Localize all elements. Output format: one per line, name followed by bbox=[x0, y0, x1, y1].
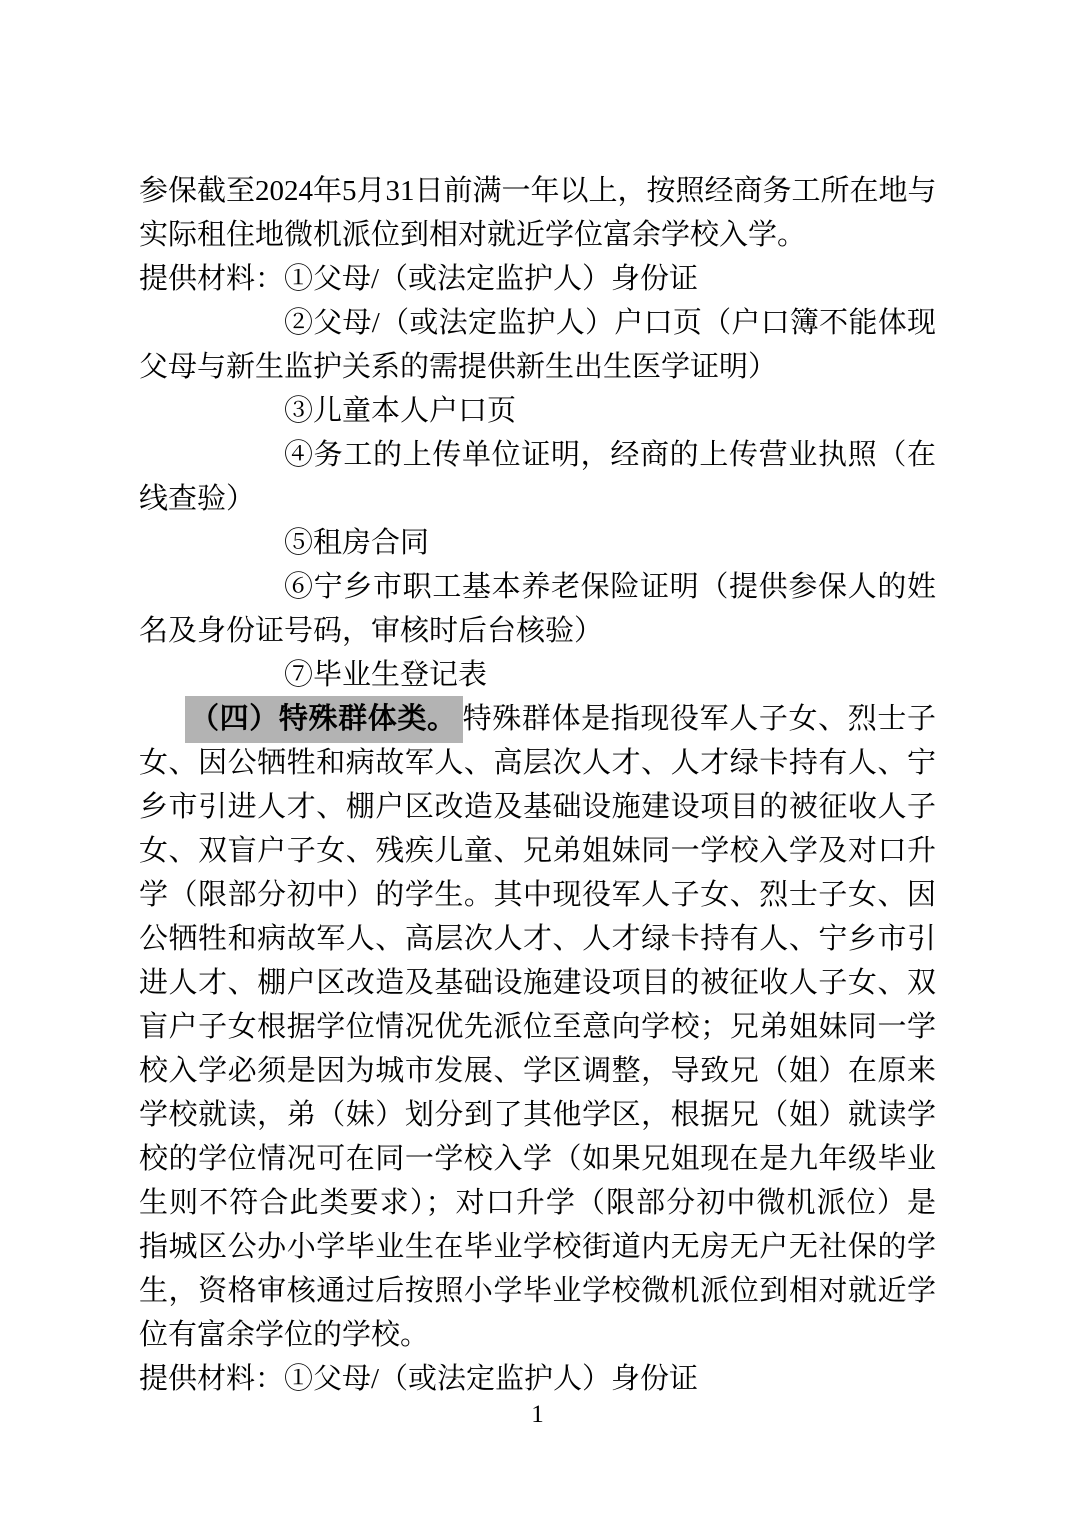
text-run: 学（限部分初中）的学生。其中现役军人子女、烈士子女、因 bbox=[139, 879, 936, 911]
text-run: 盲户子女根据学位情况优先派位至意向学校；兄弟姐妹同一学 bbox=[139, 1011, 936, 1043]
document-line: 名及身份证号码，审核时后台核验） bbox=[139, 609, 936, 653]
document-line: 位有富余学位的学校。 bbox=[139, 1313, 936, 1357]
text-run: 校的学位情况可在同一学校入学（如果兄姐现在是九年级毕业 bbox=[139, 1143, 936, 1175]
text-run: 指城区公办小学毕业生在毕业学校街道内无房无户无社保的学 bbox=[139, 1231, 936, 1263]
document-line: 提供材料：①父母/（或法定监护人）身份证 bbox=[139, 257, 936, 301]
document-line: （四）特殊群体类。特殊群体是指现役军人子女、烈士子 bbox=[139, 697, 936, 741]
text-run: 进人才、棚户区改造及基础设施建设项目的被征收人子女、双 bbox=[139, 967, 936, 999]
text-run: 公牺牲和病故军人、高层次人才、人才绿卡持有人、宁乡市引 bbox=[139, 923, 936, 955]
text-run: 校入学必须是因为城市发展、学区调整，导致兄（姐）在原来 bbox=[139, 1055, 936, 1087]
text-run: ⑤租房合同 bbox=[284, 527, 429, 559]
text-run: 特殊群体是指现役军人子女、烈士子 bbox=[463, 703, 936, 735]
text-run: 提供材料：①父母/（或法定监护人）身份证 bbox=[139, 263, 698, 295]
document-line: 公牺牲和病故军人、高层次人才、人才绿卡持有人、宁乡市引 bbox=[139, 917, 936, 961]
document-line: 提供材料：①父母/（或法定监护人）身份证 bbox=[139, 1357, 936, 1401]
text-run: 实际租住地微机派位到相对就近学位富余学校入学。 bbox=[139, 219, 806, 251]
document-line: ④务工的上传单位证明，经商的上传营业执照（在 bbox=[139, 433, 936, 477]
document-body: 参保截至2024年5月31日前满一年以上，按照经商务工所在地与实际租住地微机派位… bbox=[139, 169, 936, 1401]
document-line: 女、双盲户子女、残疾儿童、兄弟姐妹同一学校入学及对口升 bbox=[139, 829, 936, 873]
text-run: 女、双盲户子女、残疾儿童、兄弟姐妹同一学校入学及对口升 bbox=[139, 835, 936, 867]
document-line: 线查验） bbox=[139, 477, 936, 521]
document-line: 校的学位情况可在同一学校入学（如果兄姐现在是九年级毕业 bbox=[139, 1137, 936, 1181]
text-run: 参保截至2024年5月31日前满一年以上，按照经商务工所在地与 bbox=[139, 175, 937, 207]
document-line: 乡市引进人才、棚户区改造及基础设施建设项目的被征收人子 bbox=[139, 785, 936, 829]
document-line: 盲户子女根据学位情况优先派位至意向学校；兄弟姐妹同一学 bbox=[139, 1005, 936, 1049]
document-line: 父母与新生监护关系的需提供新生出生医学证明） bbox=[139, 345, 936, 389]
text-run: ⑦毕业生登记表 bbox=[284, 659, 487, 691]
document-line: ⑤租房合同 bbox=[139, 521, 936, 565]
text-run: ②父母/（或法定监护人）户口页（户口簿不能体现 bbox=[284, 307, 936, 339]
document-line: 生则不符合此类要求）；对口升学（限部分初中微机派位）是 bbox=[139, 1181, 936, 1225]
page-number: 1 bbox=[0, 1398, 1075, 1432]
document-line: 参保截至2024年5月31日前满一年以上，按照经商务工所在地与 bbox=[139, 169, 936, 213]
text-run: ⑥宁乡市职工基本养老保险证明（提供参保人的姓 bbox=[284, 571, 936, 603]
text-run: ④务工的上传单位证明，经商的上传营业执照（在 bbox=[284, 439, 936, 471]
document-line: 学（限部分初中）的学生。其中现役军人子女、烈士子女、因 bbox=[139, 873, 936, 917]
document-line: 生，资格审核通过后按照小学毕业学校微机派位到相对就近学 bbox=[139, 1269, 936, 1313]
text-run: 生，资格审核通过后按照小学毕业学校微机派位到相对就近学 bbox=[139, 1275, 936, 1307]
text-run: 乡市引进人才、棚户区改造及基础设施建设项目的被征收人子 bbox=[139, 791, 936, 823]
document-line: 实际租住地微机派位到相对就近学位富余学校入学。 bbox=[139, 213, 936, 257]
document-line: ⑥宁乡市职工基本养老保险证明（提供参保人的姓 bbox=[139, 565, 936, 609]
document-line: 指城区公办小学毕业生在毕业学校街道内无房无户无社保的学 bbox=[139, 1225, 936, 1269]
text-run: 学校就读，弟（妹）划分到了其他学区，根据兄（姐）就读学 bbox=[139, 1099, 936, 1131]
document-line: 学校就读，弟（妹）划分到了其他学区，根据兄（姐）就读学 bbox=[139, 1093, 936, 1137]
text-run: 父母与新生监护关系的需提供新生出生医学证明） bbox=[139, 351, 777, 383]
document-line: ③儿童本人户口页 bbox=[139, 389, 936, 433]
text-run: 生则不符合此类要求）；对口升学（限部分初中微机派位）是 bbox=[139, 1187, 936, 1219]
document-page: 参保截至2024年5月31日前满一年以上，按照经商务工所在地与实际租住地微机派位… bbox=[0, 0, 1075, 1520]
document-line: ⑦毕业生登记表 bbox=[139, 653, 936, 697]
text-run: 提供材料：①父母/（或法定监护人）身份证 bbox=[139, 1363, 698, 1395]
text-run: 位有富余学位的学校。 bbox=[139, 1319, 429, 1351]
text-run: 线查验） bbox=[139, 483, 255, 515]
section-heading-highlight: （四）特殊群体类。 bbox=[185, 696, 463, 743]
document-line: 女、因公牺牲和病故军人、高层次人才、人才绿卡持有人、宁 bbox=[139, 741, 936, 785]
text-run: 名及身份证号码，审核时后台核验） bbox=[139, 615, 603, 647]
text-run: ③儿童本人户口页 bbox=[284, 395, 516, 427]
document-line: 校入学必须是因为城市发展、学区调整，导致兄（姐）在原来 bbox=[139, 1049, 936, 1093]
text-run: 女、因公牺牲和病故军人、高层次人才、人才绿卡持有人、宁 bbox=[139, 747, 936, 779]
document-line: ②父母/（或法定监护人）户口页（户口簿不能体现 bbox=[139, 301, 936, 345]
document-line: 进人才、棚户区改造及基础设施建设项目的被征收人子女、双 bbox=[139, 961, 936, 1005]
